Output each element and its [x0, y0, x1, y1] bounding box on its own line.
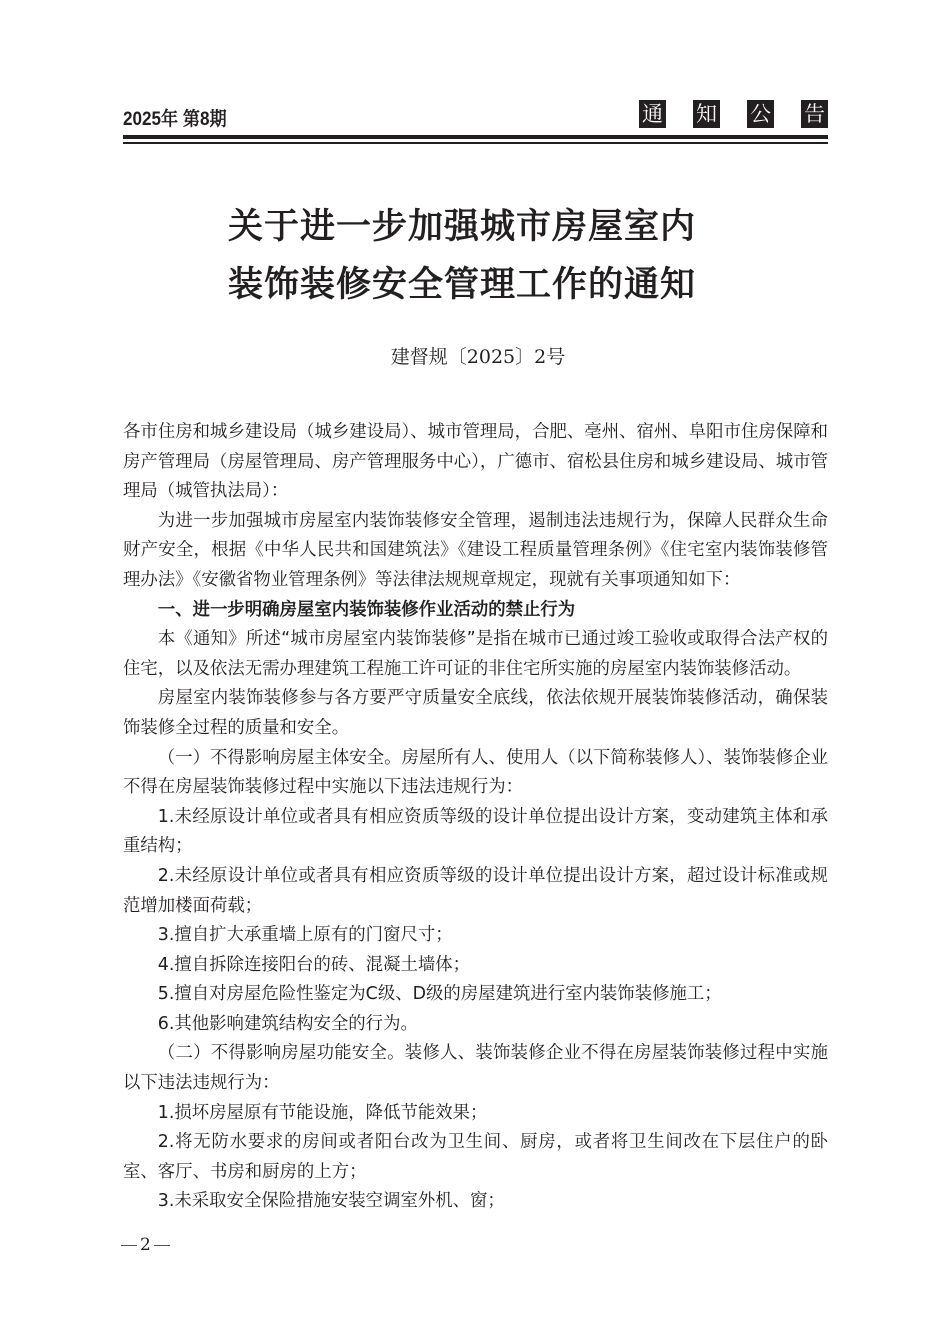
list-item: 2.未经原设计单位或者具有相应资质等级的设计单位提出设计方案，超过设计标准或规范…: [123, 862, 828, 921]
document-body: 各市住房和城乡建设局（城乡建设局）、城市管理局，合肥、亳州、宿州、阜阳市住房保障…: [123, 418, 828, 1217]
subsection-1-heading: （一）不得影响房屋主体安全。: [158, 748, 402, 768]
intro-paragraph: 为进一步加强城市房屋室内装饰装修安全管理，遏制违法违规行为，保障人民群众生命财产…: [123, 507, 828, 596]
title-line-1: 关于进一步加强城市房屋室内: [228, 198, 728, 256]
list-item: 4.擅自拆除连接阳台的砖、混凝土墙体；: [123, 951, 828, 981]
list-item: 1.未经原设计单位或者具有相应资质等级的设计单位提出设计方案，变动建筑主体和承重…: [123, 803, 828, 862]
subsection-1: （一）不得影响房屋主体安全。房屋所有人、使用人（以下简称装修人）、装饰装修企业不…: [123, 744, 828, 803]
column-tag: 通 知 公 告: [639, 100, 828, 128]
header-rule-thick: [123, 135, 828, 139]
list-item: 3.擅自扩大承重墙上原有的门窗尺寸；: [123, 921, 828, 951]
page-number: 2: [140, 1235, 151, 1255]
list-item: 3.未采取安全保险措施安装空调室外机、窗；: [123, 1187, 828, 1217]
issue-label: 2025年 第8期: [123, 104, 227, 131]
column-tag-char: 公: [747, 100, 774, 128]
document-page: 2025年 第8期 通 知 公 告 关于进一步加强城市房屋室内 装饰装修安全管理…: [0, 0, 950, 1344]
page-footer: 2: [118, 1235, 173, 1255]
page-header: 2025年 第8期 通 知 公 告: [123, 100, 828, 140]
column-tag-char: 告: [801, 100, 828, 128]
subsection-2: （二）不得影响房屋功能安全。装修人、装饰装修企业不得在房屋装饰装修过程中实施以下…: [123, 1039, 828, 1098]
list-item: 2.将无防水要求的房间或者阳台改为卫生间、厨房，或者将卫生间改在下层住户的卧室、…: [123, 1128, 828, 1187]
title-line-2: 装饰装修安全管理工作的通知: [228, 256, 728, 314]
list-item: 1.损坏房屋原有节能设施，降低节能效果；: [123, 1099, 828, 1129]
header-rule-thin: [123, 142, 828, 144]
column-tag-char: 知: [693, 100, 720, 128]
addressees: 各市住房和城乡建设局（城乡建设局）、城市管理局，合肥、亳州、宿州、阜阳市住房保障…: [123, 418, 828, 507]
list-item: 5.擅自对房屋危险性鉴定为C级、D级的房屋建筑进行室内装饰装修施工；: [123, 980, 828, 1010]
document-title: 关于进一步加强城市房屋室内 装饰装修安全管理工作的通知: [228, 198, 728, 314]
column-tag-char: 通: [639, 100, 666, 128]
dash-decoration: [121, 1245, 137, 1246]
dash-decoration: [154, 1245, 170, 1246]
document-number: 建督规〔2025〕2号: [0, 342, 950, 369]
responsibility-paragraph: 房屋室内装饰装修参与各方要严守质量安全底线，依法依规开展装饰装修活动，确保装饰装…: [123, 684, 828, 743]
subsection-2-heading: （二）不得影响房屋功能安全。: [158, 1043, 405, 1063]
section-1-heading: 一、进一步明确房屋室内装饰装修作业活动的禁止行为: [123, 596, 828, 626]
definition-paragraph: 本《通知》所述“城市房屋室内装饰装修”是指在城市已通过竣工验收或取得合法产权的住…: [123, 625, 828, 684]
list-item: 6.其他影响建筑结构安全的行为。: [123, 1010, 828, 1040]
